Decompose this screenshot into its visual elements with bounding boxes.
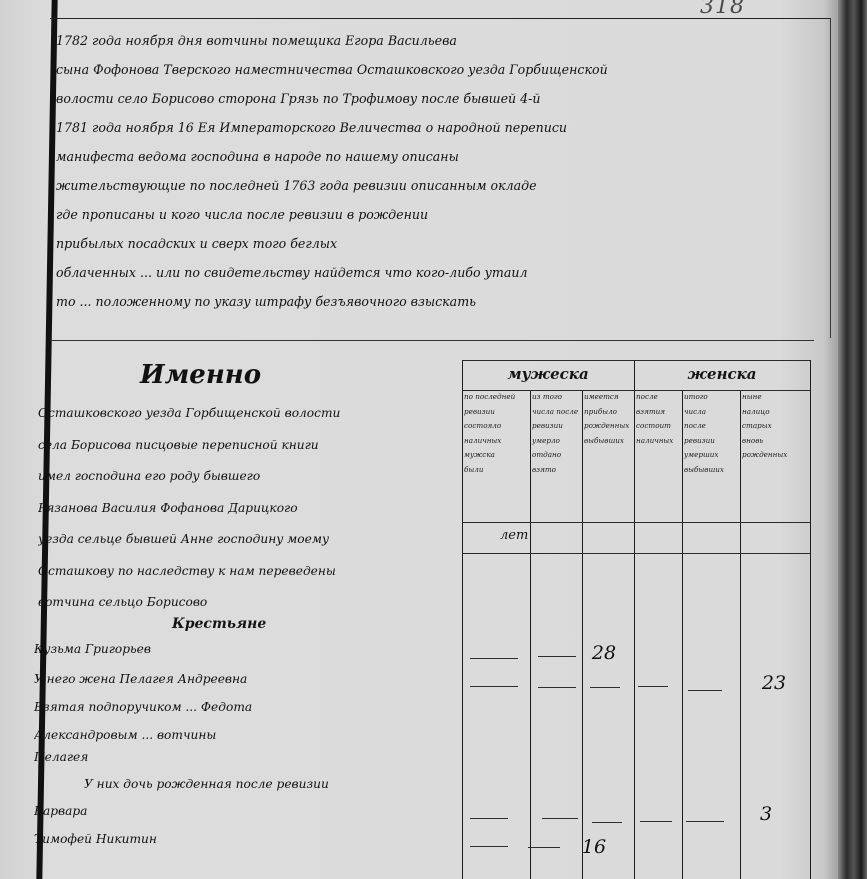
empty-mark — [592, 822, 622, 823]
table-rule — [462, 360, 810, 361]
empty-mark — [470, 846, 508, 847]
table-rule — [462, 522, 810, 523]
header-line: сына Фофонова Тверского наместничества О… — [56, 55, 828, 84]
person-entry: Александровым ... вотчины — [34, 728, 454, 742]
age-value: 16 — [574, 836, 614, 858]
record-description: Осташковского уезда Горбищенской волости… — [38, 398, 458, 619]
empty-mark — [538, 656, 576, 657]
empty-mark — [470, 658, 518, 659]
section-title-peasants: Крестьяне — [172, 616, 266, 632]
table-rule — [810, 360, 811, 879]
document-page: 318 1782 года ноября дня вотчины помещик… — [0, 0, 867, 879]
empty-mark — [686, 821, 724, 822]
empty-mark — [470, 686, 518, 687]
empty-mark — [528, 847, 560, 848]
empty-mark — [640, 821, 672, 822]
column-header: из того числа после ревизии умерло отдан… — [530, 390, 582, 518]
header-line: то ... положенному по указу штрафу безъя… — [56, 287, 828, 316]
header-line: 1782 года ноября дня вотчины помещика Ег… — [56, 26, 828, 55]
header-line: 1781 года ноября 16 Ея Императорского Ве… — [56, 113, 828, 142]
person-entry: Кузьма Григорьев — [34, 642, 454, 656]
age-value: 23 — [754, 672, 794, 694]
person-entry: У него жена Пелагея Андреевна — [34, 672, 454, 686]
empty-mark — [638, 686, 668, 687]
header-paragraph: 1782 года ноября дня вотчины помещика Ег… — [56, 26, 828, 316]
column-header: ныне налицо старых вновь рожденных — [740, 390, 810, 518]
column-header: после взятия состоит наличных — [634, 390, 682, 518]
record-line: села Борисова писцовые переписной книги — [38, 430, 458, 462]
empty-mark — [688, 690, 722, 691]
column-header: итого числа после ревизии умерших выбывш… — [682, 390, 740, 518]
empty-mark — [542, 818, 578, 819]
record-line: уезда сельце бывшей Анне господину моему — [38, 524, 458, 556]
empty-mark — [590, 687, 620, 688]
record-line: вотчина сельцо Борисово — [38, 587, 458, 619]
record-line: имел господина его роду бывшего — [38, 461, 458, 493]
group-header-female: женска — [634, 365, 810, 383]
census-table: мужеска женска по последней ревизии сост… — [462, 360, 812, 879]
header-line: где прописаны и кого числа после ревизии… — [56, 200, 828, 229]
person-entry: Взятая подпоручиком ... Федота — [34, 700, 454, 714]
book-binding-edge — [838, 0, 867, 879]
group-header-male: мужеска — [462, 365, 634, 383]
person-entry: У них дочь рожденная после ревизии — [84, 777, 504, 791]
header-line: волости село Борисово сторона Грязь по Т… — [56, 84, 828, 113]
years-subheader: лет — [500, 528, 528, 543]
column-header: по последней ревизии состояло наличных м… — [462, 390, 530, 518]
right-rule — [830, 18, 831, 338]
age-value: 28 — [584, 642, 624, 664]
person-entry: Тимофей Никитин — [34, 832, 454, 846]
folio-number: 318 — [700, 0, 745, 19]
record-line: Осташкову по наследству к нам переведены — [38, 556, 458, 588]
person-entry: Варвара — [34, 804, 454, 818]
header-line: манифеста ведома господина в народе по н… — [56, 142, 828, 171]
header-line: жительствующие по последней 1763 года ре… — [56, 171, 828, 200]
header-line: прибылых посадских и сверх того беглых — [56, 229, 828, 258]
record-title: Именно — [140, 360, 261, 390]
record-line: Рязанова Василия Фофанова Дарицкого — [38, 493, 458, 525]
person-entry: Пелагея — [34, 750, 454, 764]
age-value: 3 — [746, 803, 786, 825]
section-divider — [50, 340, 814, 341]
empty-mark — [538, 687, 576, 688]
table-rule — [462, 553, 810, 554]
header-line: облаченных ... или по свидетельству найд… — [56, 258, 828, 287]
empty-mark — [470, 818, 508, 819]
top-rule — [50, 18, 830, 19]
record-line: Осташковского уезда Горбищенской волости — [38, 398, 458, 430]
column-header: имеется прибыло рожденных выбывших — [582, 390, 634, 518]
